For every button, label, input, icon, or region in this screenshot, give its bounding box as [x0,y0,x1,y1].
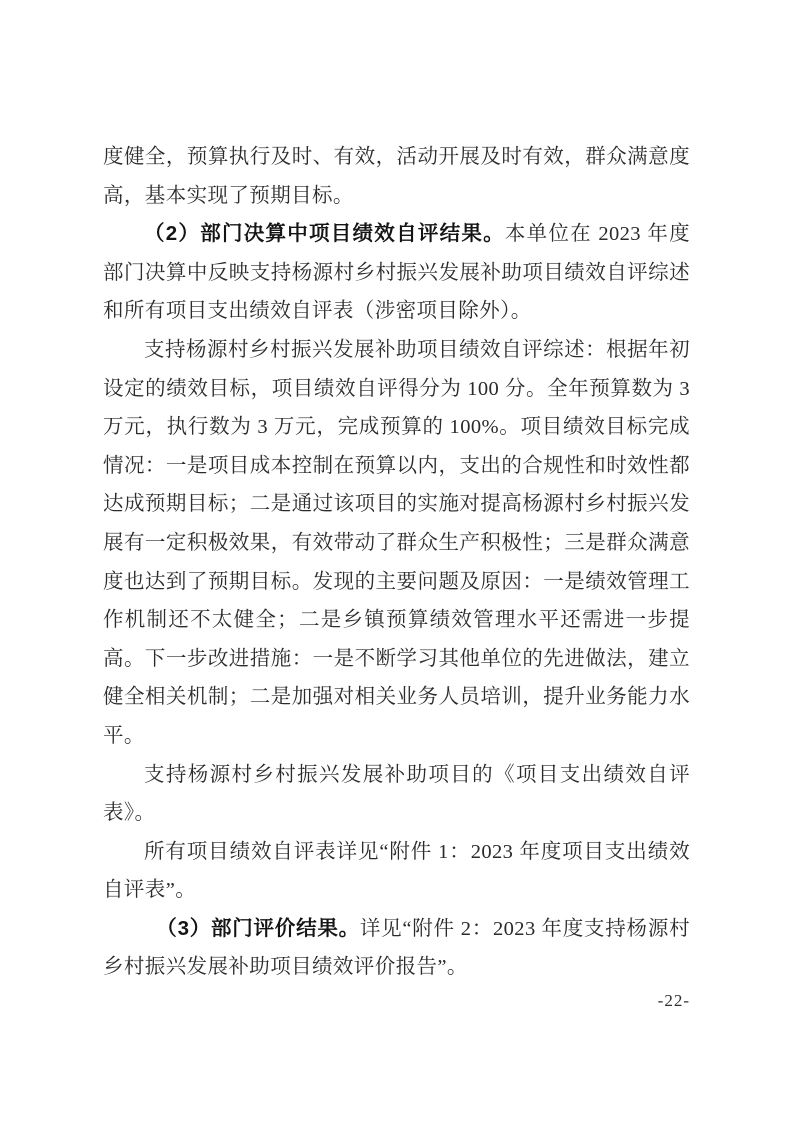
page-footer: -22- [103,991,690,1011]
section-heading-2: （2）部门决算中项目绩效自评结果。 [144,222,505,245]
paragraph-text: 支持杨源村乡村振兴发展补助项目绩效自评综述：根据年初设定的绩效目标，项目绩效自评… [103,339,690,747]
paragraph-self-eval-summary: 支持杨源村乡村振兴发展补助项目绩效自评综述：根据年初设定的绩效目标，项目绩效自评… [103,331,690,756]
document-page: 度健全，预算执行及时、有效，活动开展及时有效，群众满意度高，基本实现了预期目标。… [0,0,793,1122]
section-heading-3: （3）部门评价结果。 [156,917,360,940]
paragraph-text: 度健全，预算执行及时、有效，活动开展及时有效，群众满意度高，基本实现了预期目标。 [103,146,690,207]
paragraph-continuation: 度健全，预算执行及时、有效，活动开展及时有效，群众满意度高，基本实现了预期目标。 [103,138,690,215]
paragraph-attachment-1-note: 所有项目绩效自评表详见“附件 1：2023 年度项目支出绩效自评表”。 [103,833,690,910]
paragraph-text: 所有项目绩效自评表详见“附件 1：2023 年度项目支出绩效自评表”。 [103,841,690,902]
paragraph-section-2-self-eval: （2）部门决算中项目绩效自评结果。本单位在 2023 年度部门决算中反映支持杨源… [103,215,690,331]
paragraph-section-3-dept-eval: （3）部门评价结果。详见“附件 2：2023 年度支持杨源村乡村振兴发展补助项目… [103,910,690,987]
page-number: -22- [658,991,690,1010]
paragraph-text: 支持杨源村乡村振兴发展补助项目的《项目支出绩效自评表》。 [103,764,690,825]
paragraph-project-table-note: 支持杨源村乡村振兴发展补助项目的《项目支出绩效自评表》。 [103,756,690,833]
document-body: 度健全，预算执行及时、有效，活动开展及时有效，群众满意度高，基本实现了预期目标。… [103,138,690,987]
